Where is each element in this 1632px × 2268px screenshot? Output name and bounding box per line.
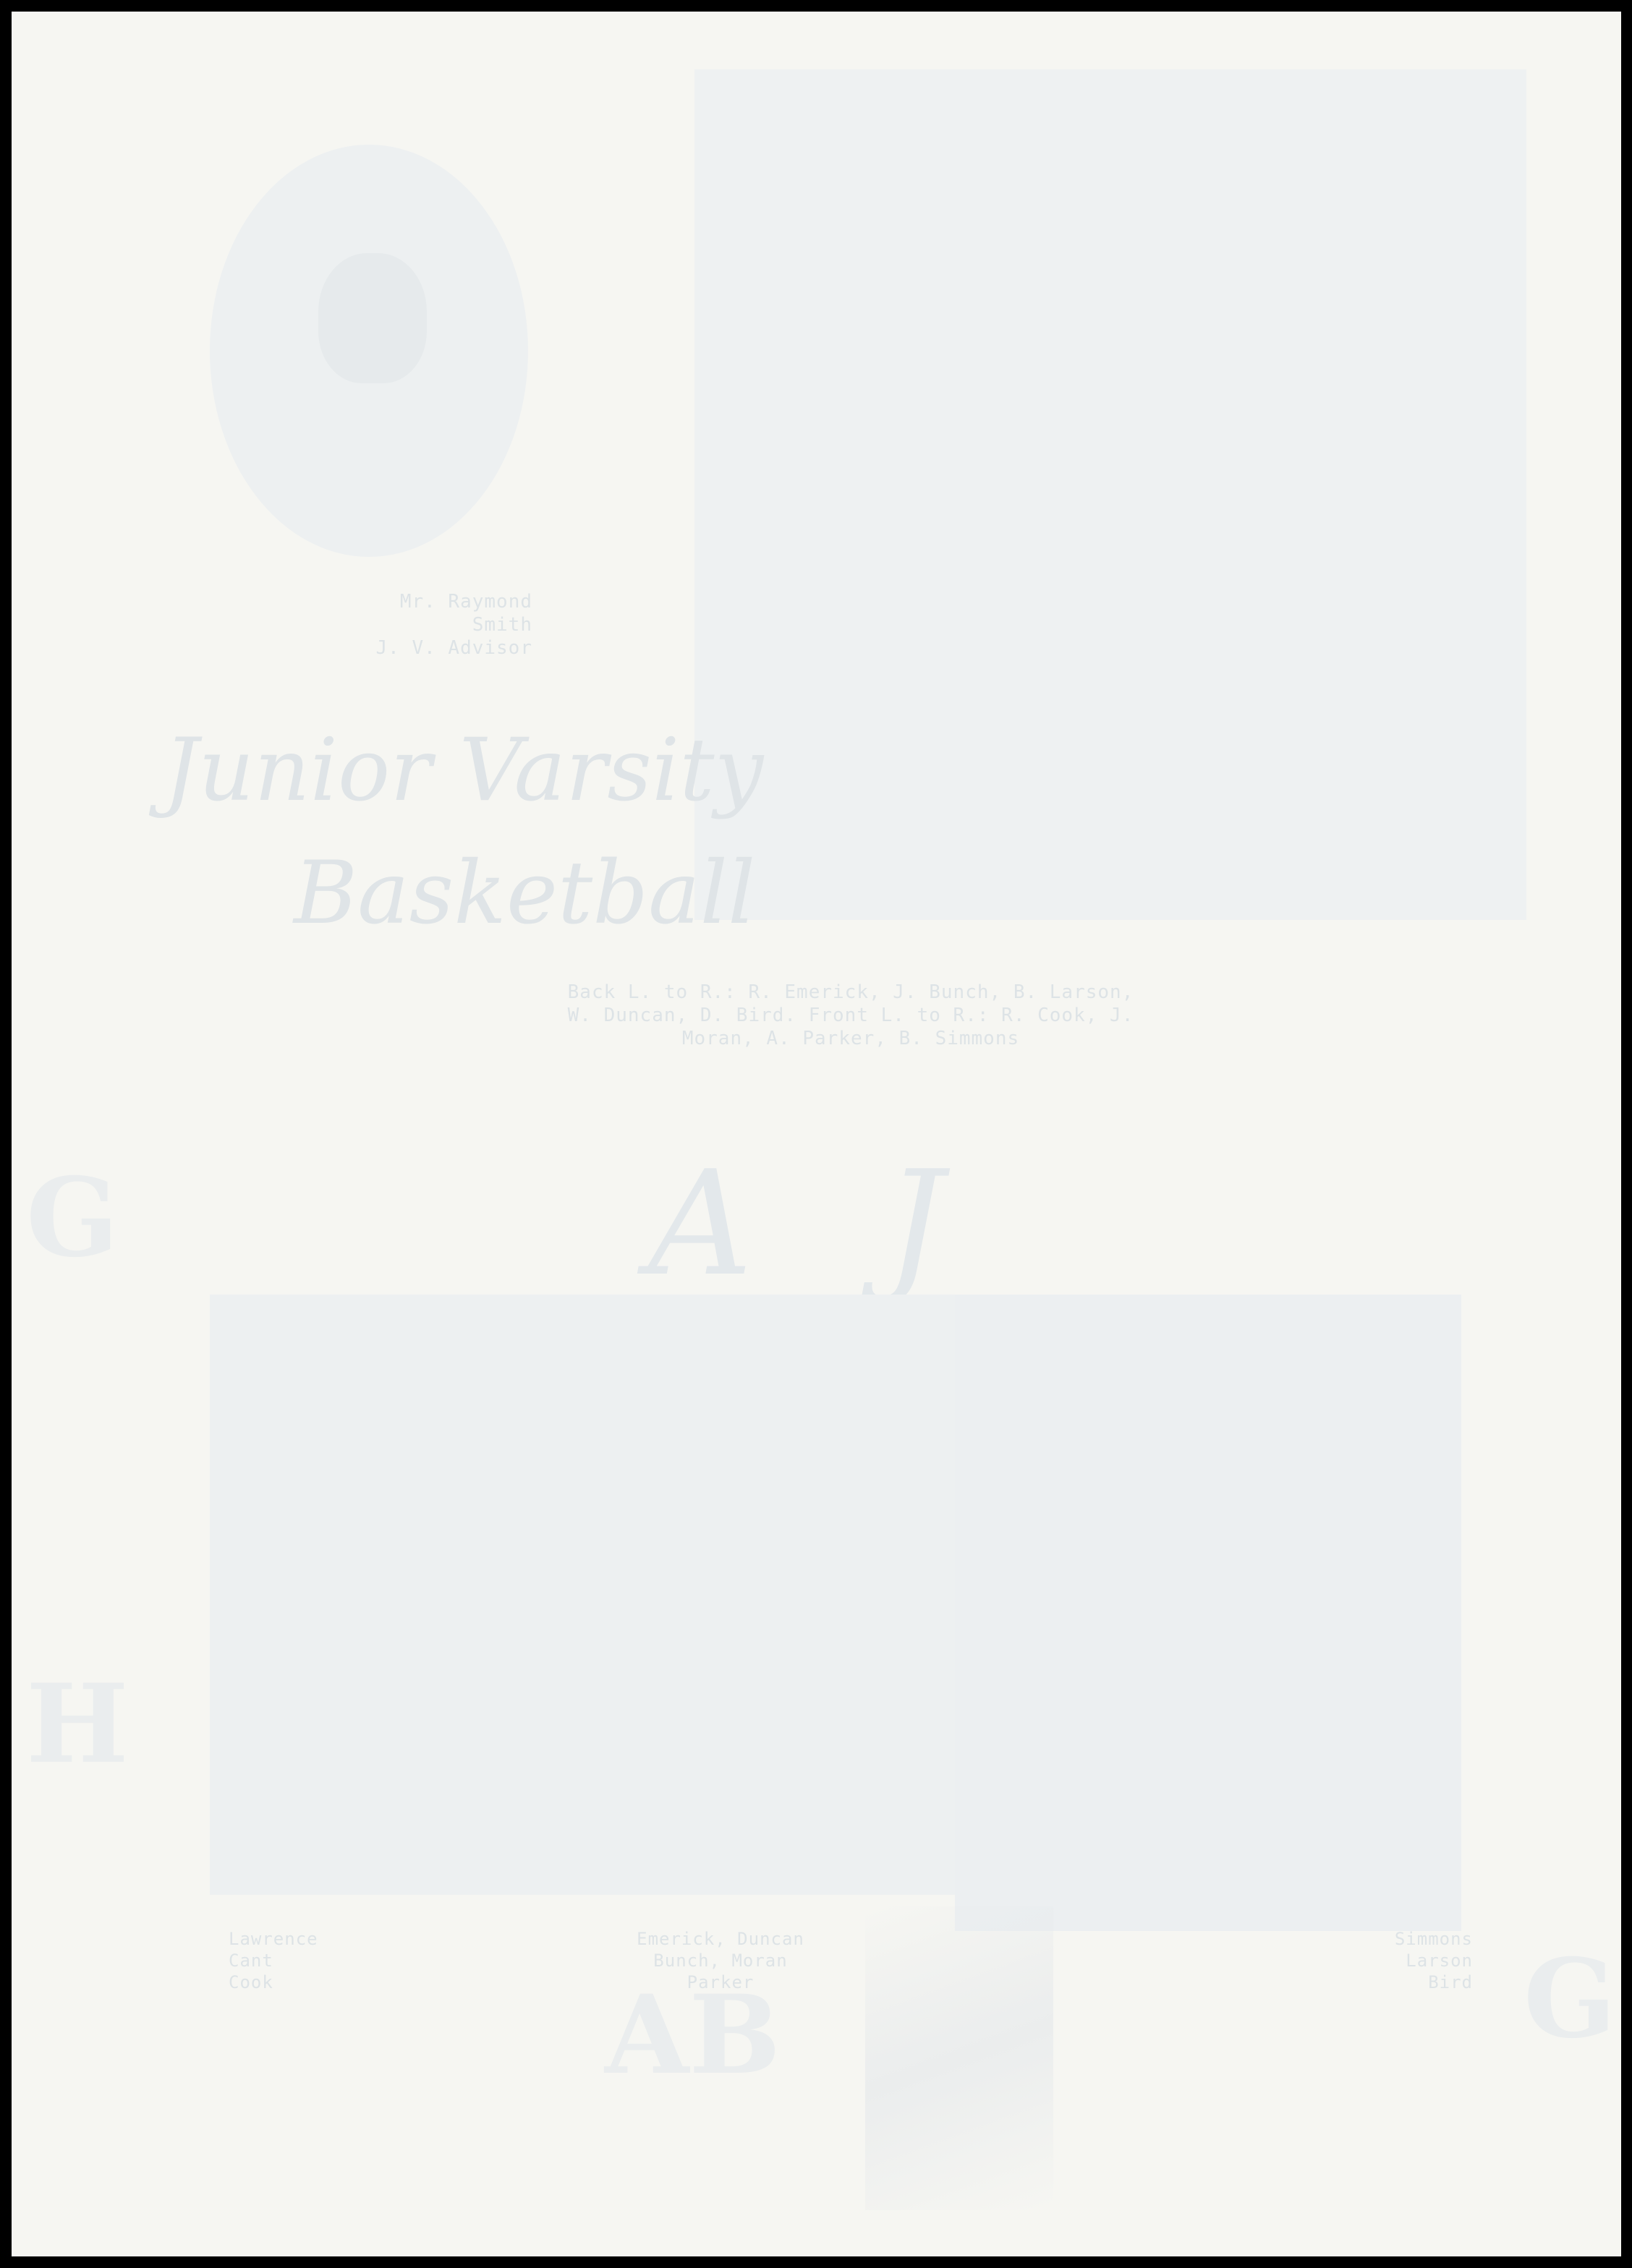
advisor-caption-line: Smith (229, 613, 532, 636)
bottom-caption-right: Simmons Larson Bird (1169, 1928, 1473, 1993)
advisor-caption-line: J. V. Advisor (229, 636, 532, 660)
advisor-caption: Mr. Raymond Smith J. V. Advisor (229, 590, 532, 660)
caption-line: Cant (229, 1950, 446, 1971)
portrait-head-shape (318, 253, 427, 383)
caption-line: Bird (1169, 1971, 1473, 1993)
team-photo-top (694, 69, 1526, 920)
team-caption: Back L. to R.: R. Emerick, J. Bunch, B. … (417, 981, 1285, 1050)
caption-line: Larson (1169, 1950, 1473, 1971)
edge-mark: G (1523, 1935, 1616, 2063)
advisor-portrait (210, 145, 528, 557)
caption-line: Lawrence (229, 1928, 446, 1950)
edge-mark: AB (605, 1971, 781, 2099)
edge-mark: G (26, 1154, 119, 1282)
caption-line: Simmons (1169, 1928, 1473, 1950)
edge-mark: H (26, 1660, 129, 1788)
team-caption-line: Moran, A. Parker, B. Simmons (417, 1027, 1285, 1050)
yearbook-page: Mr. Raymond Smith J. V. Advisor Junior V… (12, 12, 1621, 2256)
heading-line-2: Basketball (294, 850, 755, 937)
caption-line: Emerick, Duncan (532, 1928, 909, 1950)
team-caption-line: Back L. to R.: R. Emerick, J. Bunch, B. … (417, 981, 1285, 1004)
bottom-caption-left: Lawrence Cant Cook (229, 1928, 446, 1993)
caption-line: Cook (229, 1971, 446, 1993)
action-photo-right (955, 1295, 1461, 1931)
heading-line-1: Junior Varsity (163, 728, 763, 814)
caption-line: Bunch, Moran (532, 1950, 909, 1971)
handwritten-scribble: A J (648, 1140, 987, 1308)
page-fold-shadow (865, 1906, 1053, 2210)
team-caption-line: W. Duncan, D. Bird. Front L. to R.: R. C… (417, 1004, 1285, 1027)
action-photo-left (210, 1295, 955, 1895)
advisor-caption-line: Mr. Raymond (229, 590, 532, 613)
